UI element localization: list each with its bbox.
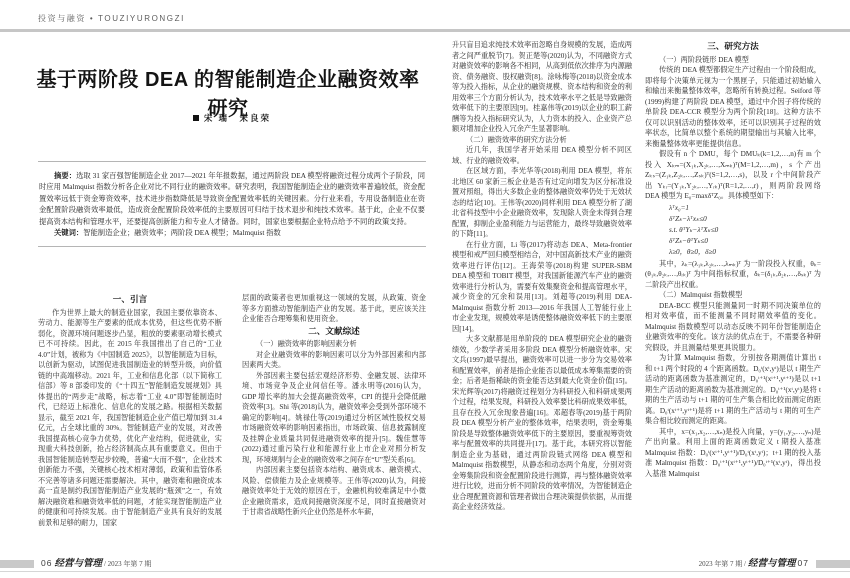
body-paragraph: 在区域方面，李光华等(2018)利用 DEA 模型，将东北地区 60 家新三板企…	[452, 166, 632, 240]
formula-line: δᵀZₖ−λᵀxₖ≤0	[645, 214, 821, 225]
journal-spread: 投资与融资 • TOUZIYURONGZI 基于两阶段 DEA 的智能制造企业融…	[0, 0, 850, 578]
issue-label-left: / 2023 年第 7 期	[104, 560, 151, 568]
author-marker-icon	[193, 115, 199, 121]
header-rule	[0, 29, 850, 32]
issue-label-right: 2023 年第 7 期 /	[699, 560, 746, 568]
footer-edge-bar-right	[816, 560, 850, 568]
formula-line: s.t. θᵀYₖ−λᵀXₖ≤0	[645, 225, 821, 236]
bottom-edge-rule	[0, 571, 850, 572]
body-paragraph: DEA-BCC 模型只能测量同一时期不同决策单位的相对效率值，而不能测量不同时期…	[645, 301, 821, 354]
body-paragraph: 大多文献都是用单阶段的 DEA 模型研究企业的融资绩效，少数学者采用多阶段 DE…	[452, 334, 632, 513]
right-page-column-2: 三、研究方法 （一）两阶段链形 DEA 模型 传统的 DEA 模型都假定生产过程…	[645, 40, 821, 549]
body-paragraph: 近几年，我国学者开始采用 DEA 模型分析不同区域、行业的融资效率。	[452, 145, 632, 166]
section-heading-methods: 三、研究方法	[645, 41, 821, 52]
body-paragraph: 外部因素主要包括宏观经济形势、金融发展、法律环境、市场竞争及企业间信任等。潘永明…	[242, 371, 426, 466]
journal-logotype: 经营与管理	[54, 558, 102, 569]
body-paragraph: 内部因素主要包括资本结构、融资成本、融资模式、风险、偿债能力及企业规模等。王伟等…	[242, 465, 426, 518]
abstract-text: 选取 31 家百强智能制造企业 2017—2021 年年报数据，通过两阶段 DE…	[39, 171, 425, 226]
abstract-block: 摘要：选取 31 家百强智能制造企业 2017—2021 年年报数据，通过两阶段…	[38, 161, 426, 247]
formula-line: λᵀx₀=1	[645, 203, 821, 214]
authors-text: 宋 瑞 宋良荣	[204, 113, 271, 123]
formula-line: λ≥0，θ≥0，δ≥0	[645, 247, 821, 258]
dea-model-formulas: λᵀx₀=1 δᵀZₖ−λᵀxₖ≤0 s.t. θᵀYₖ−λᵀXₖ≤0 δᵀZₖ…	[645, 203, 821, 258]
article-authors: 宋 瑞 宋良荣	[38, 112, 426, 124]
left-page-column-2: 层面的政策者也更加重视这一领域的发展，从政策、资金等多方面推动智能制造产业的发展…	[242, 293, 426, 549]
page-number-left: 06	[41, 558, 52, 568]
keywords-label: 关键词：	[54, 228, 83, 237]
abstract-paragraph: 摘要：选取 31 家百强智能制造企业 2017—2021 年年报数据，通过两阶段…	[39, 170, 425, 227]
section-heading-literature: 二、文献综述	[242, 326, 426, 337]
formula-line: δᵀZₖ−θᵀYₖ≤0	[645, 236, 821, 247]
footer-right: 2023 年第 7 期 /经营与管理07	[699, 555, 850, 567]
footer-edge-bar-left	[0, 560, 34, 568]
body-paragraph: 其中，λₖ=(λ₁ₖ,λ₂ₖ,…,λₘₖ)ᵀ 为一阶段投入权重，θₖ=(θ₁ₖ,…	[645, 259, 821, 291]
body-paragraph: 在行业方面，Li 等(2017)将动态 DEA、Meta-frontier 模型…	[452, 240, 632, 335]
left-page-column-1: 一、引言 作为世界上最大的制造业国家，我国主要依靠资本、劳动力、能源等生产要素的…	[38, 293, 222, 549]
subsection-heading: （一）两阶段链形 DEA 模型	[645, 55, 821, 66]
body-paragraph: 对企业融资效率的影响因素可以分为外部因素和内部因素两大类。	[242, 350, 426, 371]
body-paragraph: 作为世界上最大的制造业国家，我国主要依靠资本、劳动力、能源等生产要素的低成本优势…	[38, 308, 222, 529]
subsection-heading: （二）融资效率的研究方法分析	[452, 135, 632, 146]
body-paragraph: 为计算 Malmquist 指数，分别按各期测值计算出 t 和 t+1 两个时段…	[645, 353, 821, 427]
body-paragraph: 假设有 n 个 DMU，每个 DMUₖ(k=1,2,…,n)有 m 个投入 Xₖ…	[645, 149, 821, 202]
subsection-heading: （二）Malmquist 指数模型	[645, 290, 821, 301]
keywords-text: 智能制造企业；融资效率；两阶段 DEA 模型；Malmquist 指数	[83, 228, 281, 237]
body-paragraph: 升只盲目追求纯技术效率而忽略自身规模的发展，造成两者之间严重脱节[7]。贺正楚等…	[452, 40, 632, 135]
section-heading-introduction: 一、引言	[38, 294, 222, 305]
page-number-right: 07	[798, 558, 809, 568]
journal-logotype: 经营与管理	[748, 558, 796, 569]
body-paragraph: 传统的 DEA 模型都假定生产过程由一个阶段组成，即将每个决策单元视为一个黑匣子…	[645, 65, 821, 149]
abstract-label: 摘要：	[54, 171, 76, 180]
footer-left: 06经营与管理/ 2023 年第 7 期	[0, 555, 151, 567]
section-header: 投资与融资 • TOUZIYURONGZI	[38, 13, 185, 24]
right-page-column-1: 升只盲目追求纯技术效率而忽略自身规模的发展，造成两者之间严重脱节[7]。贺正楚等…	[452, 40, 632, 549]
body-paragraph: 层面的政策者也更加重视这一领域的发展，从政策、资金等多方面推动智能制造产业的发展…	[242, 293, 426, 325]
keywords-line: 关键词：智能制造企业；融资效率；两阶段 DEA 模型；Malmquist 指数	[39, 227, 425, 238]
subsection-heading: （一）融资效率的影响因素分析	[242, 339, 426, 350]
body-paragraph: 其中，x=(x₁,x₂,…,xₙ)是投入向量，y=(y₁,y₂,…,yₙ)是产出…	[645, 427, 821, 480]
